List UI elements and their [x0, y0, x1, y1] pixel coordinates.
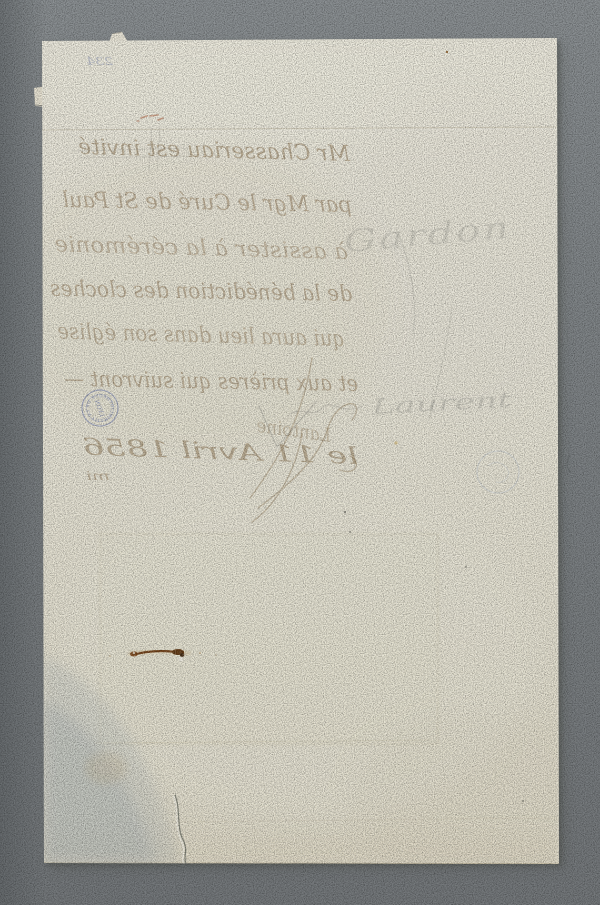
scanned-letter-verso: Mr Chasseriau est invité par Mgr le Curé…	[0, 0, 600, 905]
scan-canvas: Mr Chasseriau est invité par Mgr le Curé…	[0, 0, 600, 905]
scan-grain-overlay	[0, 0, 600, 905]
